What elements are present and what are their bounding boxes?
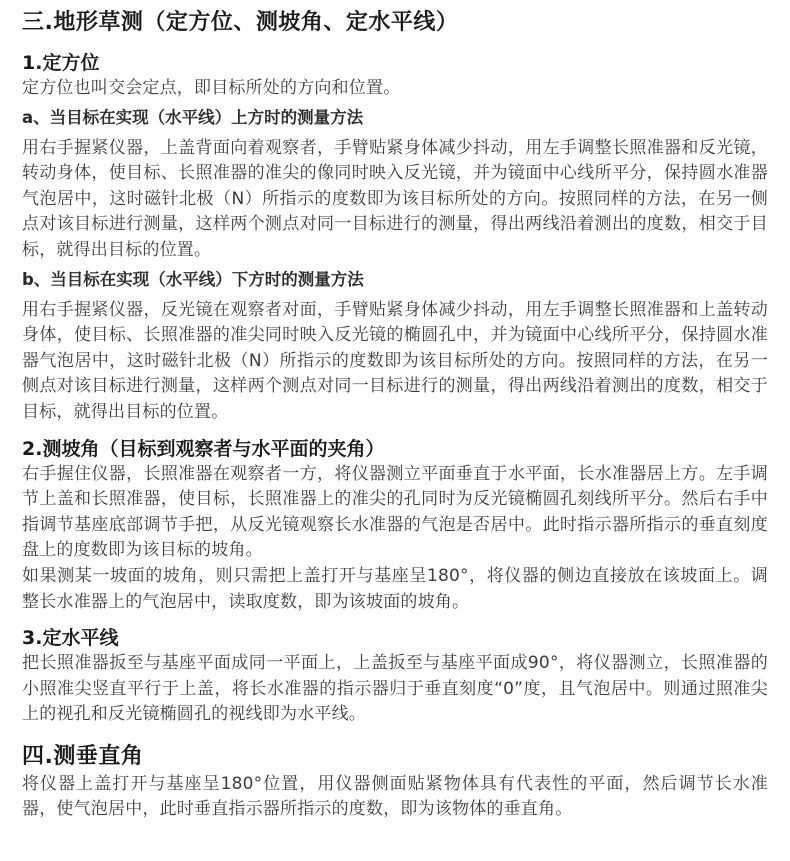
section-3-title: 三.地形草测（定方位、测坡角、定水平线） [22, 8, 768, 38]
subsection-3-body: 把长照准器扳至与基座平面成同一平面上，上盖扳至与基座平面成90°，将仪器测立，长… [22, 651, 768, 728]
subsection-2-body-1: 右手握住仪器，长照准器在观察者一方，将仪器测立平面垂直于水平面，长水准器居上方。… [22, 462, 768, 564]
case-b-body: 用右手握紧仪器，反光镜在观察者对面，手臂贴紧身体减少抖动，用左手调整长照准器和上… [22, 298, 768, 426]
section-vertical-angle: 四.测垂直角 将仪器上盖打开与基座呈180°位置，用仪器侧面贴紧物体具有代表性的… [22, 742, 768, 823]
subsection-slope-angle: 2.测坡角（目标到观察者与水平面的夹角） 右手握住仪器，长照准器在观察者一方，将… [22, 436, 768, 616]
case-b-title: b、当目标在实现（水平线）下方时的测量方法 [22, 266, 768, 294]
section-4-title: 四.测垂直角 [22, 742, 768, 772]
case-a-body: 用右手握紧仪器，上盖背面向着观察者，手臂贴紧身体减少抖动，用左手调整长照准器和反… [22, 136, 768, 264]
subsection-2-body-2: 如果测某一坡面的坡角，则只需把上盖打开与基座呈180°，将仪器的侧边直接放在该坡… [22, 564, 768, 615]
section-4-body: 将仪器上盖打开与基座呈180°位置，用仪器侧面贴紧物体具有代表性的平面，然后调节… [22, 772, 768, 823]
subsection-2-title: 2.测坡角（目标到观察者与水平面的夹角） [22, 436, 768, 462]
subsection-1-intro: 定方位也叫交会定点，即目标所处的方向和位置。 [22, 76, 768, 102]
subsection-3-title: 3.定水平线 [22, 625, 768, 651]
subsection-orientation: 1.定方位 定方位也叫交会定点，即目标所处的方向和位置。 a、当目标在实现（水平… [22, 50, 768, 426]
document-page: 三.地形草测（定方位、测坡角、定水平线） 1.定方位 定方位也叫交会定点，即目标… [0, 0, 790, 823]
case-a-title: a、当目标在实现（水平线）上方时的测量方法 [22, 104, 768, 132]
subsection-horizontal-line: 3.定水平线 把长照准器扳至与基座平面成同一平面上，上盖扳至与基座平面成90°，… [22, 625, 768, 728]
subsection-1-title: 1.定方位 [22, 50, 768, 76]
